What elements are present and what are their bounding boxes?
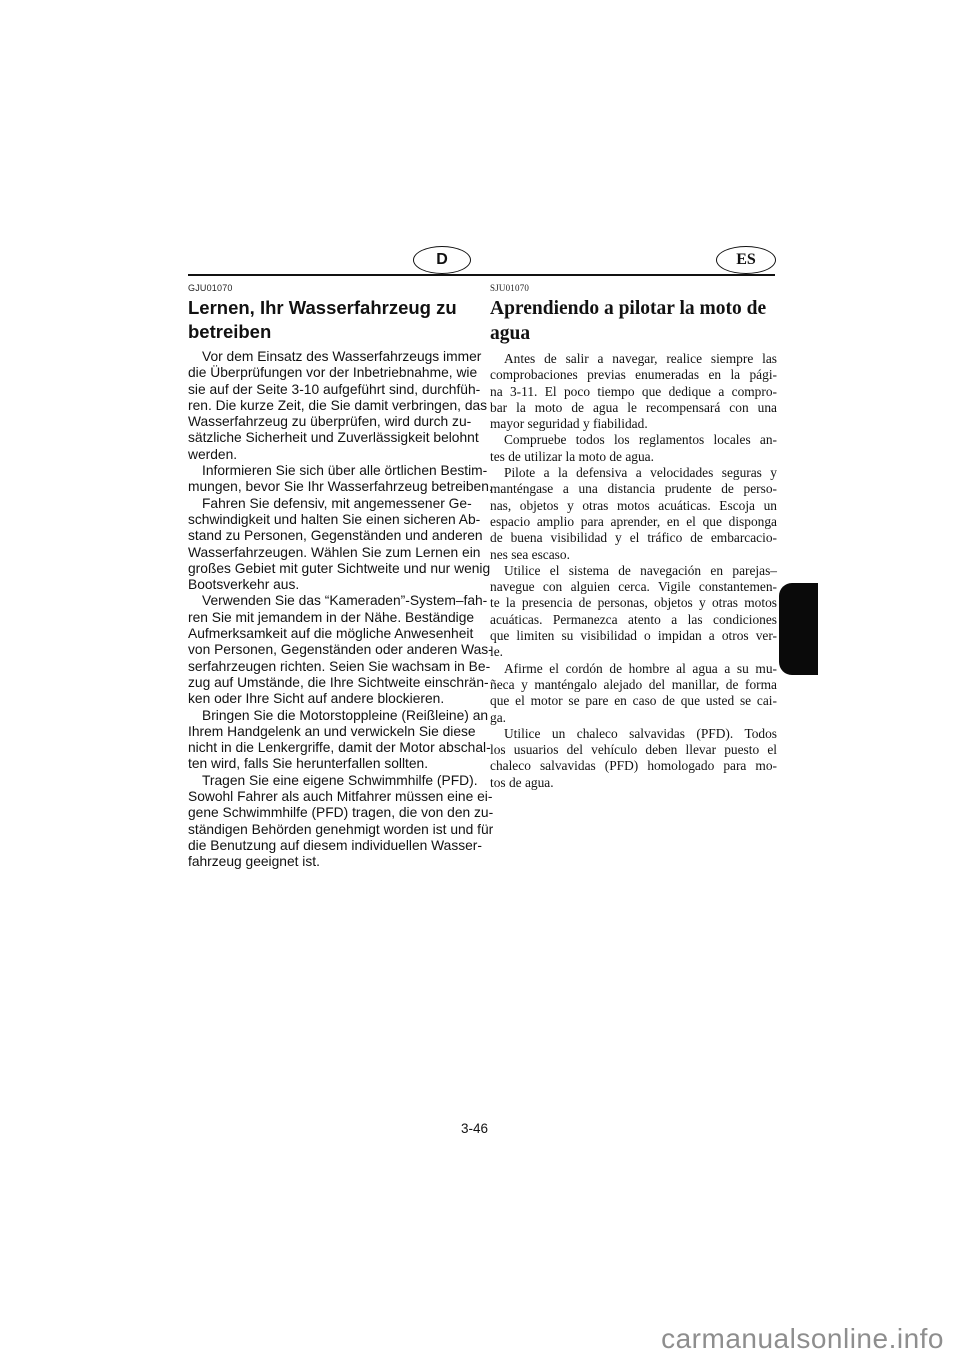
text-line: ren Sie mit jemandem in der Nähe. Bestän…	[188, 610, 482, 626]
text-line: Wasserfahrzeugen. Wählen Sie zum Lernen …	[188, 545, 482, 561]
text-line: von Personen, Gegenständen oder anderen …	[188, 642, 482, 658]
text-line: stand zu Personen, Gegenständen und ande…	[188, 528, 482, 544]
text-line: los usuarios del vehículo deben llevar p…	[490, 742, 777, 758]
text-line: Aufmerksamkeit auf die mögliche Anwesenh…	[188, 626, 482, 642]
spanish-body-text: Antes de salir a navegar, realice siempr…	[490, 351, 777, 791]
text-line: Pilote a la defensiva a velocidades segu…	[490, 465, 777, 481]
text-line: Afirme el cordón de hombre al agua a su …	[490, 661, 777, 677]
paragraph: Utilice el sistema de navegación en pare…	[490, 563, 777, 661]
german-body-text: Vor dem Einsatz des Wasserfahrzeugs imme…	[188, 349, 482, 871]
text-line: ñeca y manténgalo alejado del manillar, …	[490, 677, 777, 693]
german-column: GJU01070 Lernen, Ihr Wasserfahrzeug zu b…	[188, 283, 482, 871]
text-line: bar la moto de agua le recompensará con …	[490, 400, 777, 416]
text-line: Vor dem Einsatz des Wasserfahrzeugs imme…	[188, 349, 482, 365]
text-line: que limiten su visibilidad o impidan a o…	[490, 628, 777, 644]
text-line: ga.	[490, 710, 777, 726]
text-line: die Überprüfungen vor der Inbetriebnahme…	[188, 365, 482, 381]
language-badge-es-label: ES	[736, 252, 756, 268]
text-line: sie auf der Seite 3-10 aufgeführt sind, …	[188, 382, 482, 398]
text-line: navegue con alguien cerca. Vigile consta…	[490, 579, 777, 595]
paragraph: Compruebe todos los reglamentos locales …	[490, 432, 777, 465]
language-badge-d-label: D	[436, 252, 448, 268]
text-line: werden.	[188, 447, 482, 463]
text-line: Informieren Sie sich über alle örtlichen…	[188, 463, 482, 479]
text-line: te la presencia de personas, objetos y o…	[490, 595, 777, 611]
manual-page: D ES GJU01070 Lernen, Ihr Wasserfahrzeug…	[0, 0, 960, 1358]
text-line: Antes de salir a navegar, realice siempr…	[490, 351, 777, 367]
header-rule	[188, 274, 775, 276]
text-line: tes de utilizar la moto de agua.	[490, 449, 777, 465]
text-line: Tragen Sie eine eigene Schwimmhilfe (PFD…	[188, 773, 482, 789]
section-code-spanish: SJU01070	[490, 283, 777, 293]
text-line: ken oder Ihre Sicht auf andere blockiere…	[188, 691, 482, 707]
text-line: Wasserfahrzeug zu überprüfen, wird durch…	[188, 414, 482, 430]
text-line: na 3-11. El poco tiempo que dedique a co…	[490, 384, 777, 400]
text-line: de buena visibilidad y el tráfico de emb…	[490, 530, 777, 546]
text-line: Fahren Sie defensiv, mit angemessener Ge…	[188, 496, 482, 512]
paragraph: Afirme el cordón de hombre al agua a su …	[490, 661, 777, 726]
text-line: serfahrzeugen richten. Seien Sie wachsam…	[188, 659, 482, 675]
section-thumb-tab	[779, 583, 818, 675]
text-line: acuáticas. Permanezca atento a las condi…	[490, 612, 777, 628]
paragraph: Tragen Sie eine eigene Schwimmhilfe (PFD…	[188, 773, 482, 871]
paragraph: Bringen Sie die Motorstoppleine (Reißlei…	[188, 708, 482, 773]
paragraph: Antes de salir a navegar, realice siempr…	[490, 351, 777, 432]
language-badge-es: ES	[716, 246, 776, 274]
text-line: Bringen Sie die Motorstoppleine (Reißlei…	[188, 708, 482, 724]
text-line: ren. Die kurze Zeit, die Sie damit verbr…	[188, 398, 482, 414]
paragraph: Informieren Sie sich über alle örtlichen…	[188, 463, 482, 496]
text-line: die Benutzung auf diesem individuellen W…	[188, 838, 482, 854]
language-badge-d: D	[413, 246, 471, 274]
spanish-column: SJU01070 Aprendiendo a pilotar la moto d…	[490, 283, 777, 791]
paragraph: Pilote a la defensiva a velocidades segu…	[490, 465, 777, 563]
section-heading-spanish: Aprendiendo a pilotar la moto de agua	[490, 296, 777, 346]
paragraph: Vor dem Einsatz des Wasserfahrzeugs imme…	[188, 349, 482, 463]
text-line: Utilice el sistema de navegación en pare…	[490, 563, 777, 579]
text-line: Verwenden Sie das “Kameraden”-System–fah…	[188, 593, 482, 609]
text-line: que el motor se pare en caso de que uste…	[490, 693, 777, 709]
text-line: espacio amplio para aprender, en el que …	[490, 514, 777, 530]
page-number: 3-46	[188, 1121, 761, 1136]
text-line: Ihrem Handgelenk an und verwickeln Sie d…	[188, 724, 482, 740]
text-line: nas, objetos y otras motos acuáticas. Es…	[490, 498, 777, 514]
text-line: großes Gebiet mit guter Sichtweite und n…	[188, 561, 482, 577]
text-line: nicht in die Lenkergriffe, damit der Mot…	[188, 740, 482, 756]
text-line: le.	[490, 644, 777, 660]
section-heading-german: Lernen, Ihr Wasserfahrzeug zu betreiben	[188, 296, 482, 344]
text-line: Utilice un chaleco salvavidas (PFD). Tod…	[490, 726, 777, 742]
text-line: mayor seguridad y fiabilidad.	[490, 416, 777, 432]
section-code-german: GJU01070	[188, 283, 482, 293]
text-line: chaleco salvavidas (PFD) homologado para…	[490, 758, 777, 774]
text-line: comprobaciones previas enumeradas en la …	[490, 367, 777, 383]
text-line: manténgase a una distancia prudente de p…	[490, 481, 777, 497]
text-line: nes sea escaso.	[490, 547, 777, 563]
text-line: fahrzeug geeignet ist.	[188, 854, 482, 870]
text-line: tos de agua.	[490, 775, 777, 791]
text-line: zug auf Umstände, die Ihre Sichtweite ei…	[188, 675, 482, 691]
text-line: schwindigkeit und halten Sie einen siche…	[188, 512, 482, 528]
text-line: Sowohl Fahrer als auch Mitfahrer müssen …	[188, 789, 482, 805]
text-line: ständigen Behörden genehmigt worden ist …	[188, 822, 482, 838]
watermark-text: carmanualsonline.info	[661, 1323, 944, 1355]
text-line: gene Schwimmhilfe (PFD) tragen, die von …	[188, 805, 482, 821]
text-line: mungen, bevor Sie Ihr Wasserfahrzeug bet…	[188, 479, 482, 495]
paragraph: Verwenden Sie das “Kameraden”-System–fah…	[188, 593, 482, 707]
text-line: sätzliche Sicherheit und Zuverlässigkeit…	[188, 430, 482, 446]
text-line: Compruebe todos los reglamentos locales …	[490, 432, 777, 448]
text-line: ten wird, falls Sie herunterfallen sollt…	[188, 756, 482, 772]
text-line: Bootsverkehr aus.	[188, 577, 482, 593]
paragraph: Utilice un chaleco salvavidas (PFD). Tod…	[490, 726, 777, 791]
paragraph: Fahren Sie defensiv, mit angemessener Ge…	[188, 496, 482, 594]
